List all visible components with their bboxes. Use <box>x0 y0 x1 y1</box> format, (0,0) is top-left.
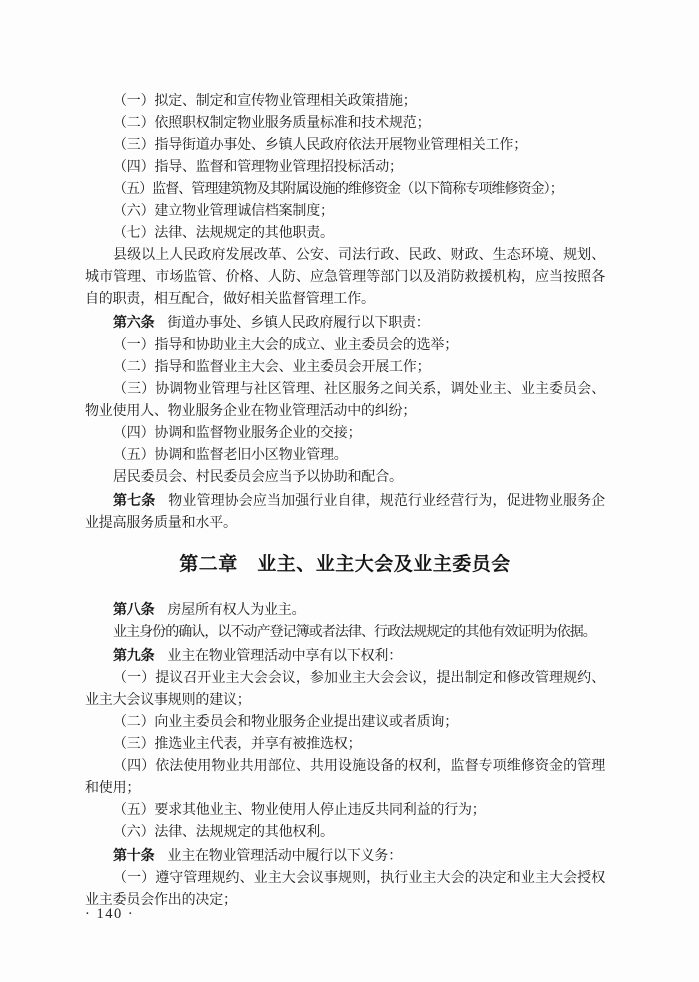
list-item-paragraph: （四）依法使用物业共用部位、共用设施设备的权利，监督专项维修资金的管理和使用； <box>85 756 605 800</box>
article-text: 业主在物业管理活动中享有以下权利： <box>167 649 402 664</box>
list-item-paragraph: （六）建立物业管理诚信档案制度； <box>85 201 605 223</box>
article-text: 街道办事处、乡镇人民政府履行以下职责： <box>167 316 429 331</box>
list-item-paragraph: （四）协调和监督物业服务企业的交接； <box>85 423 605 445</box>
list-item-paragraph: （三）协调物业管理与社区管理、社区服务之间关系，调处业主、业主委员会、物业使用人… <box>85 379 605 423</box>
list-item-paragraph: （二）向业主委员会和物业服务企业提出建议或者质询； <box>85 712 605 734</box>
list-item-paragraph: （五）监督、管理建筑物及其附属设施的维修资金（以下简称专项维修资金）； <box>85 179 605 201</box>
article-text: 业主在物业管理活动中履行以下义务： <box>167 849 402 864</box>
list-item-paragraph: （三）推选业主代表，并享有被推选权； <box>85 734 605 756</box>
list-item-paragraph: （一）提议召开业主大会会议，参加业主大会会议，提出制定和修改管理规约、业主大会议… <box>85 668 605 712</box>
article-paragraph: 第十条业主在物业管理活动中履行以下义务： <box>85 844 605 868</box>
article-number-label: 第十条 <box>113 847 154 863</box>
article-text: 房屋所有权人为业主。 <box>167 603 305 618</box>
list-item-paragraph: （二）指导和监督业主大会、业主委员会开展工作； <box>85 357 605 379</box>
article-number-label: 第九条 <box>113 647 154 663</box>
body-paragraph: 居民委员会、村民委员会应当予以协助和配合。 <box>85 467 605 489</box>
list-item-paragraph: （三）指导街道办事处、乡镇人民政府依法开展物业管理相关工作； <box>85 135 605 157</box>
article-paragraph: 第九条业主在物业管理活动中享有以下权利： <box>85 644 605 668</box>
document-content: （一）拟定、制定和宣传物业管理相关政策措施；（二）依照职权制定物业服务质量标准和… <box>85 91 605 912</box>
article-number-label: 第八条 <box>113 601 154 617</box>
list-item-paragraph: （一）指导和协助业主大会的成立、业主委员会的选举； <box>85 335 605 357</box>
list-item-paragraph: （一）拟定、制定和宣传物业管理相关政策措施； <box>85 91 605 113</box>
list-item-paragraph: （五）协调和监督老旧小区物业管理。 <box>85 445 605 467</box>
list-item-paragraph: （六）法律、法规规定的其他权利。 <box>85 822 605 844</box>
list-item-paragraph: （二）依照职权制定物业服务质量标准和技术规范； <box>85 113 605 135</box>
list-item-paragraph: （五）要求其他业主、物业使用人停止违反共同利益的行为； <box>85 800 605 822</box>
chapter-heading: 第二章 业主、业主大会及业主委员会 <box>85 551 605 579</box>
article-paragraph: 第八条房屋所有权人为业主。 <box>85 598 605 622</box>
list-item-paragraph: （七）法律、法规规定的其他职责。 <box>85 223 605 245</box>
article-paragraph: 第七条物业管理协会应当加强行业自律，规范行业经营行为，促进物业服务企业提高服务质… <box>85 489 605 535</box>
article-paragraph: 第六条街道办事处、乡镇人民政府履行以下职责： <box>85 311 605 335</box>
document-page: （一）拟定、制定和宣传物业管理相关政策措施；（二）依照职权制定物业服务质量标准和… <box>0 0 699 982</box>
article-number-label: 第六条 <box>113 314 154 330</box>
page-number: · 140 · <box>85 906 134 923</box>
article-number-label: 第七条 <box>113 492 155 508</box>
body-paragraph: 县级以上人民政府发展改革、公安、司法行政、民政、财政、生态环境、规划、城市管理、… <box>85 245 605 311</box>
list-item-paragraph: （四）指导、监督和管理物业管理招投标活动； <box>85 157 605 179</box>
list-item-paragraph: （一）遵守管理规约、业主大会议事规则，执行业主大会的决定和业主大会授权业主委员会… <box>85 868 605 912</box>
article-text: 物业管理协会应当加强行业自律，规范行业经营行为，促进物业服务企业提高服务质量和水… <box>85 494 605 531</box>
body-paragraph: 业主身份的确认，以不动产登记簿或者法律、行政法规规定的其他有效证明为依据。 <box>85 622 605 644</box>
